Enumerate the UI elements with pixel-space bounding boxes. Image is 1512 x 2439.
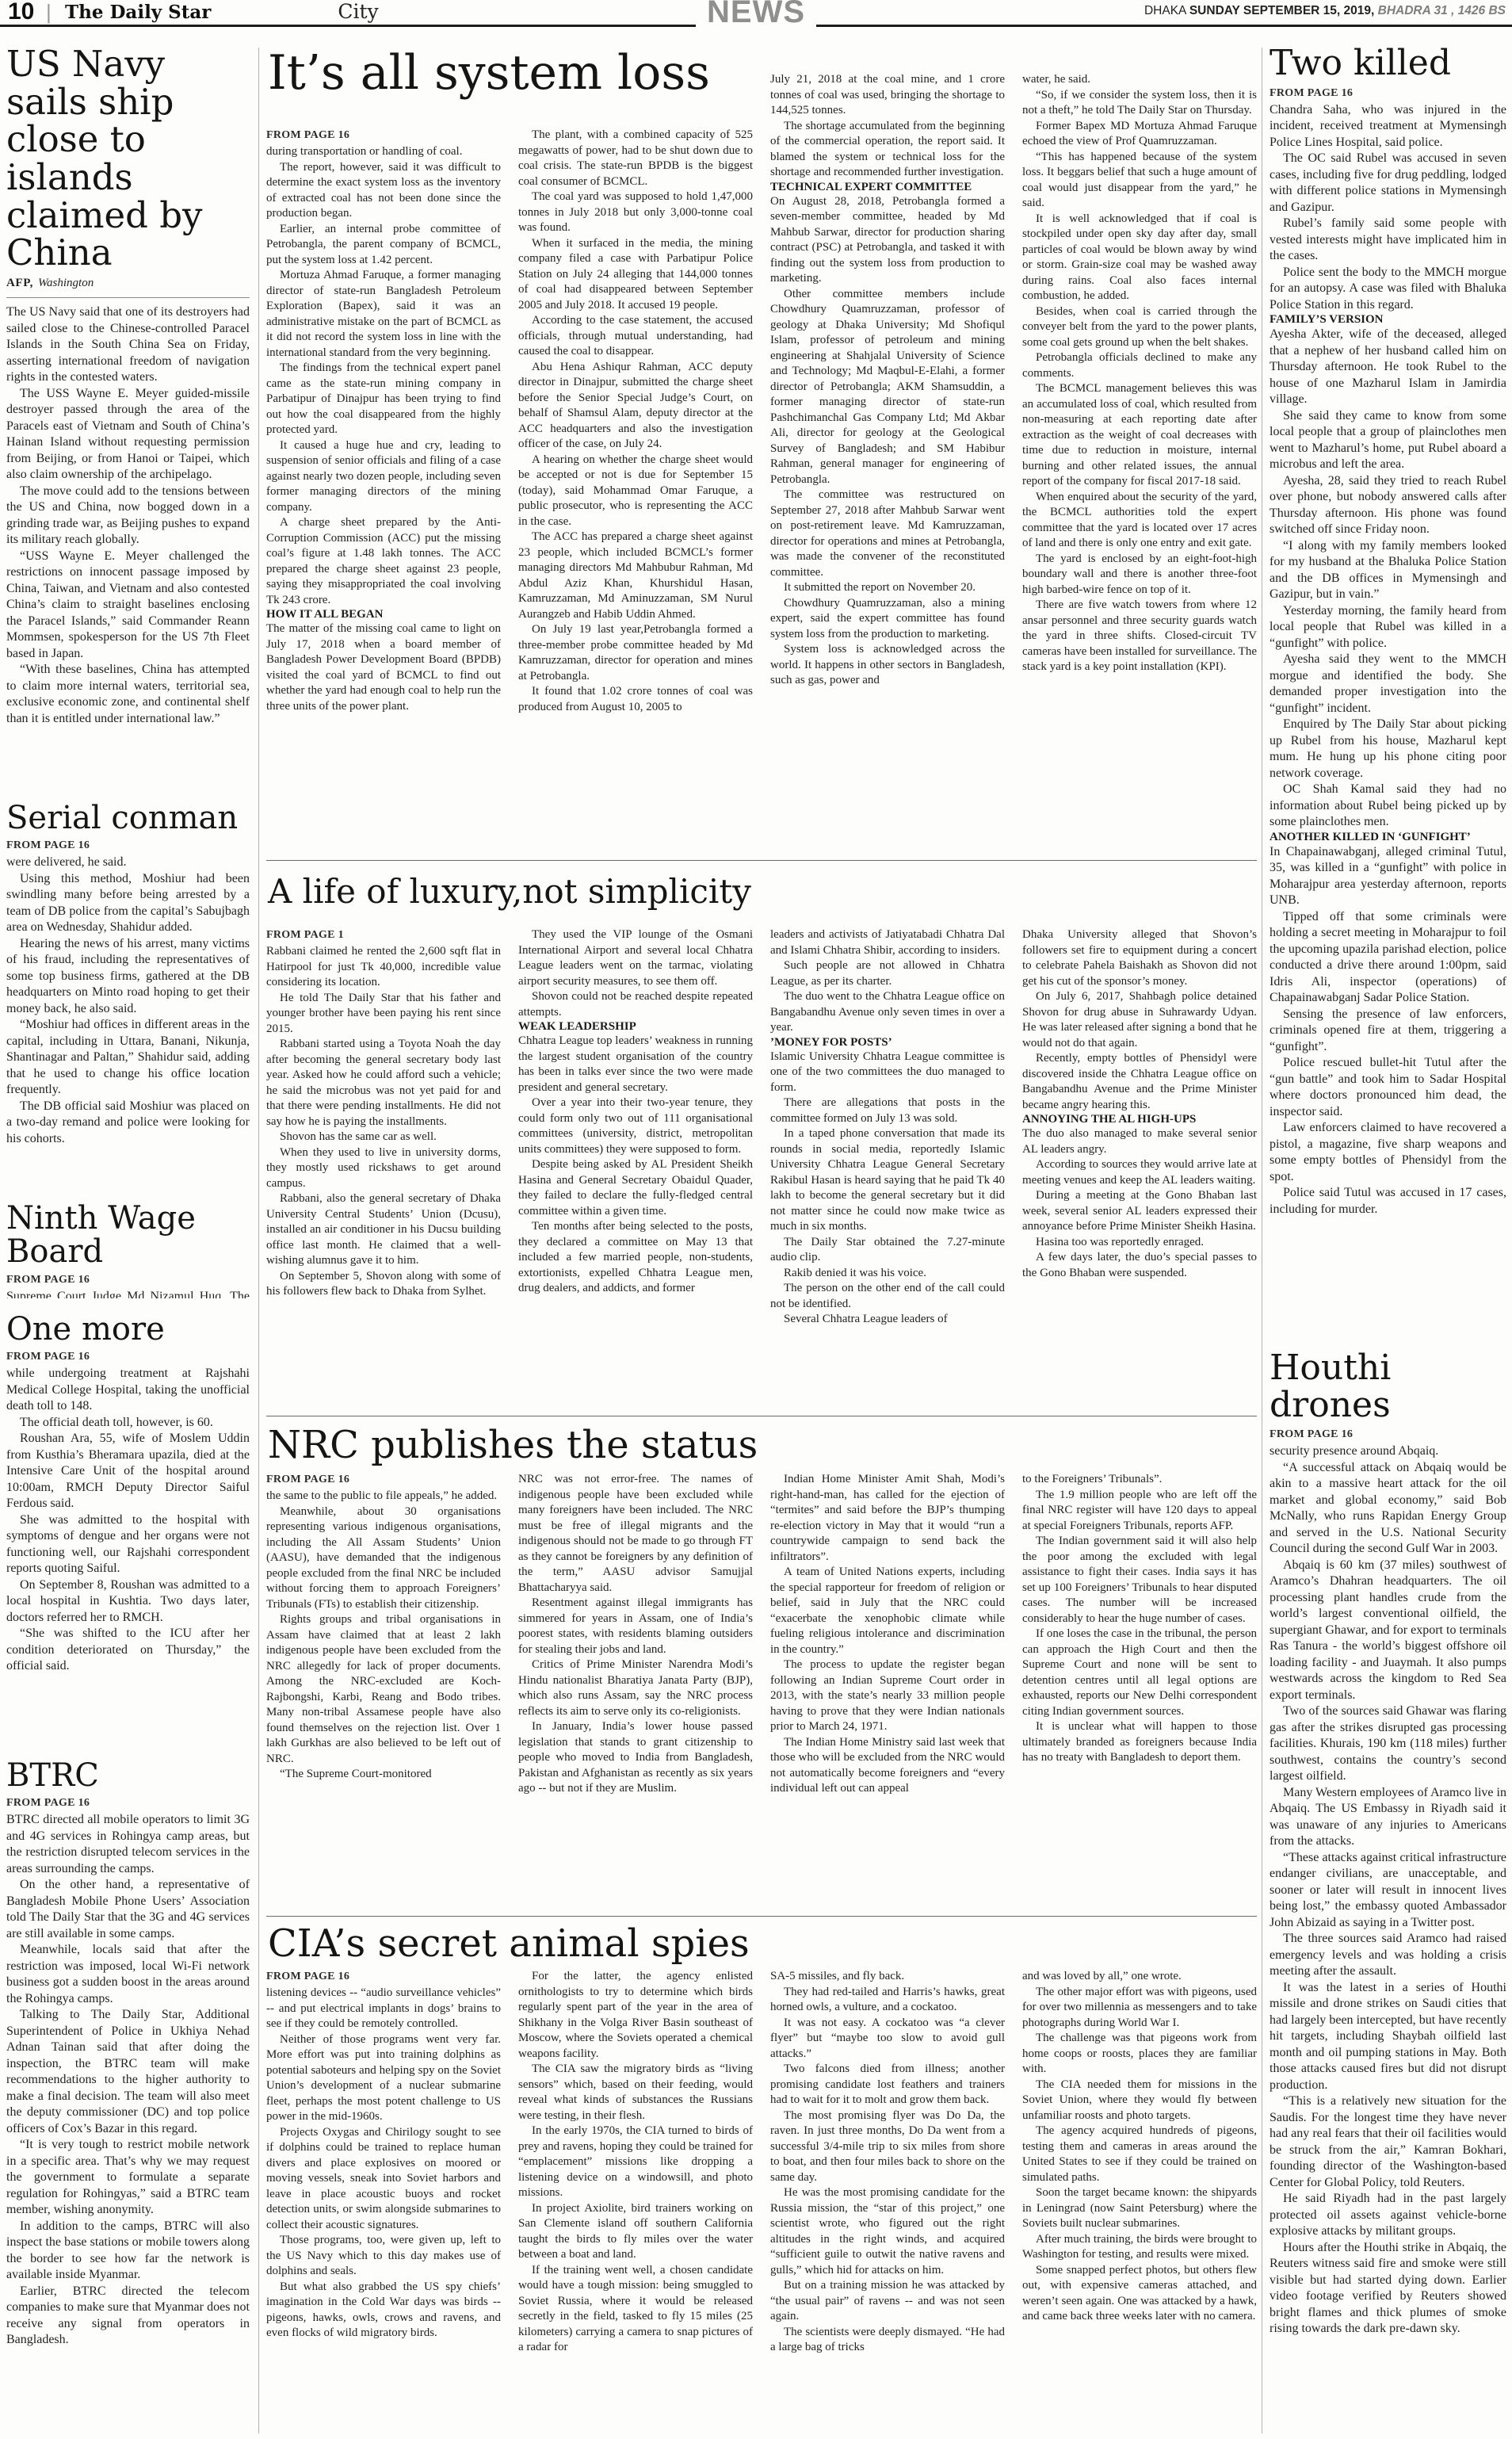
text-column: and was loved by all,” one wrote.The oth…: [1022, 1917, 1257, 2439]
headline: NRC publishes the status: [268, 1423, 758, 1467]
right-column: Two killedFROM PAGE 16Chandra Saha, who …: [1270, 45, 1506, 2431]
paragraph: The other major effort was with pigeons,…: [1022, 1985, 1257, 2032]
paragraph: “I along with my family members looked f…: [1270, 538, 1506, 603]
paragraph: NRC was not error-free. The names of ind…: [518, 1472, 753, 1596]
paragraph: The plant, with a combined capacity of 5…: [518, 128, 753, 189]
left-column: US Navy sails ship close to islands clai…: [6, 45, 250, 2439]
text-column: July 21, 2018 at the coal mine, and 1 cr…: [770, 45, 1005, 860]
paragraph: Sensing the presence of law enforcers, c…: [1270, 1007, 1506, 1056]
paragraph: In project Axiolite, bird trainers worki…: [518, 2201, 753, 2263]
paragraph: Many Western employees of Aramco live in…: [1270, 1785, 1506, 1850]
masthead-logo: The Daily Star: [65, 2, 211, 23]
paragraph: The BCMCL management believes this was a…: [1022, 381, 1257, 490]
paragraph: Rakib denied it was his voice.: [770, 1266, 1005, 1282]
paragraph: System loss is acknowledged across the w…: [770, 642, 1005, 689]
paragraph: There are five watch towers from where 1…: [1022, 598, 1257, 675]
paragraph: Those programs, too, were given up, left…: [266, 2233, 501, 2280]
paragraph: Rights groups and tribal organisations i…: [266, 1612, 501, 1767]
text-column: FROM PAGE 16the same to the public to fi…: [266, 1416, 501, 1916]
text-column: FROM PAGE 1Rabbani claimed he rented the…: [266, 861, 501, 1416]
paragraph: On July 19 last year,Petrobangla formed …: [518, 622, 753, 684]
section-label: City: [338, 0, 378, 23]
column-group: FROM PAGE 16the same to the public to fi…: [266, 1416, 1257, 1916]
column-group: FROM PAGE 16listening devices -- “audio …: [266, 1917, 1257, 2439]
paragraph: “With these baselines, China has attempt…: [6, 662, 250, 727]
paragraph: The scientists were deeply dismayed. “He…: [770, 2325, 1005, 2356]
paragraph: The findings from the technical expert p…: [266, 361, 501, 438]
paragraph: Ayesha said they went to the MMCH morgue…: [1270, 652, 1506, 717]
headline: A life of luxury,not simplicity: [268, 872, 751, 911]
paragraph: When it surfaced in the media, the minin…: [518, 236, 753, 314]
paragraph: Earlier, BTRC directed the telecom compa…: [6, 2284, 250, 2349]
dateline-bangla-date: BHADRA 31 , 1426 BS: [1378, 4, 1506, 17]
paragraph: Supreme Court Judge Md Nizamul Huq. The …: [6, 1289, 250, 1298]
headline: Two killed: [1270, 45, 1506, 82]
paragraph: He was the most promising candidate for …: [770, 2185, 1005, 2278]
paragraph: Enquired by The Daily Star about picking…: [1270, 717, 1506, 782]
paragraph: Rubel’s family said some people with ves…: [1270, 216, 1506, 265]
paragraph: while undergoing treatment at Rajshahi M…: [6, 1366, 250, 1415]
paragraph: “These attacks against critical infrastr…: [1270, 1850, 1506, 1932]
paragraph: But what also grabbed the US spy chiefs’…: [266, 2280, 501, 2342]
paragraph: It was not easy. A cockatoo was “a cleve…: [770, 2016, 1005, 2062]
kicker: FROM PAGE 1: [266, 929, 501, 942]
subheading: ANNOYING THE AL HIGH-UPS: [1022, 1113, 1257, 1126]
paragraph: Rabbani claimed he rented the 2,600 sqft…: [266, 944, 501, 991]
paragraph: OC Shah Kamal said they had no informati…: [1270, 782, 1506, 831]
paragraph: July 21, 2018 at the coal mine, and 1 cr…: [770, 72, 1005, 119]
paragraph: It caused a huge hue and cry, leading to…: [266, 438, 501, 516]
paragraph: According to the case statement, the acc…: [518, 313, 753, 360]
subheading: ’MONEY FOR POSTS’: [770, 1036, 1005, 1049]
text-column: The plant, with a combined capacity of 5…: [518, 45, 753, 860]
article-system-loss: It’s all system lossFROM PAGE 16during t…: [266, 45, 1257, 860]
article-one-more: One moreFROM PAGE 16while undergoing tre…: [6, 1298, 250, 1745]
paragraph: Police rescued bullet-hit Tutul after th…: [1270, 1055, 1506, 1120]
dateline-city: DHAKA: [1144, 4, 1186, 17]
paragraph: She said they came to know from some loc…: [1270, 408, 1506, 473]
paragraph: But on a training mission he was attacke…: [770, 2278, 1005, 2325]
paragraph: water, he said.: [1022, 72, 1257, 88]
text-column: Dhaka University alleged that Shovon’s f…: [1022, 861, 1257, 1416]
paragraph: Shovon has the same car as well.: [266, 1130, 501, 1145]
paragraph: Chandra Saha, who was injured in the inc…: [1270, 102, 1506, 151]
paragraph: “She was shifted to the ICU after her co…: [6, 1626, 250, 1675]
paragraph: Two falcons died from illness; another p…: [770, 2062, 1005, 2108]
paragraph: In the early 1970s, the CIA turned to bi…: [518, 2124, 753, 2201]
article-nrc: NRC publishes the statusFROM PAGE 16the …: [266, 1416, 1257, 1916]
paragraph: Other committee members include Chowdhur…: [770, 287, 1005, 488]
paragraph: The CIA saw the migratory birds as “livi…: [518, 2062, 753, 2124]
paragraph: leaders and activists of Jatiyatabadi Ch…: [770, 927, 1005, 958]
page-number: 10: [8, 0, 34, 25]
article-us-navy: US Navy sails ship close to islands clai…: [6, 45, 250, 787]
paragraph: The committee was restructured on Septem…: [770, 487, 1005, 580]
article-btrc: BTRCFROM PAGE 16BTRC directed all mobile…: [6, 1745, 250, 2439]
paragraph: During a meeting at the Gono Bhaban last…: [1022, 1188, 1257, 1235]
headline: Houthi drones: [1270, 1350, 1506, 1424]
dateline-date: SUNDAY SEPTEMBER 15, 2019,: [1189, 4, 1374, 17]
paragraph: The process to update the register began…: [770, 1657, 1005, 1735]
paragraph: On September 8, Roushan was admitted to …: [6, 1577, 250, 1627]
paragraph: It was the latest in a series of Houthi …: [1270, 1980, 1506, 2094]
paragraph: The OC said Rubel was accused in seven c…: [1270, 151, 1506, 216]
paragraph: “This has happened because of the system…: [1022, 150, 1257, 212]
paragraph: to the Foreigners’ Tribunals”.: [1022, 1472, 1257, 1488]
paragraph: The matter of the missing coal came to l…: [266, 621, 501, 714]
kicker: FROM PAGE 16: [6, 1274, 250, 1286]
paragraph: Critics of Prime Minister Narendra Modi’…: [518, 1657, 753, 1719]
paragraph: After much training, the birds were brou…: [1022, 2232, 1257, 2263]
header-divider: |: [46, 0, 52, 25]
paragraph: Police sent the body to the MMCH morgue …: [1270, 265, 1506, 314]
article-ninth-wage-board: Ninth Wage BoardFROM PAGE 16Supreme Cour…: [6, 1187, 250, 1298]
article-cia: CIA’s secret animal spiesFROM PAGE 16lis…: [266, 1916, 1257, 2439]
paragraph: When they used to live in university dor…: [266, 1145, 501, 1192]
paragraph: Neither of those programs went very far.…: [266, 2032, 501, 2125]
paragraph: Resentment against illegal immigrants ha…: [518, 1596, 753, 1657]
paragraph: Former Bapex MD Mortuza Ahmad Faruque ec…: [1022, 119, 1257, 150]
kicker: FROM PAGE 16: [6, 839, 250, 852]
paragraph: Soon the target became known: the shipya…: [1022, 2185, 1257, 2232]
paragraph: Ayesha, 28, said they tried to reach Rub…: [1270, 473, 1506, 538]
paragraph: It is well acknowledged that if coal is …: [1022, 212, 1257, 304]
paragraph: “The Supreme Court-monitored: [266, 1767, 501, 1783]
page-header: 10 | The Daily Star City NEWS DHAKA SUND…: [0, 0, 1512, 27]
paragraph: Talking to The Daily Star, Additional Su…: [6, 2007, 250, 2137]
headline: It’s all system loss: [268, 45, 710, 101]
paragraph: Dhaka University alleged that Shovon’s f…: [1022, 927, 1257, 989]
article-serial-conman: Serial conmanFROM PAGE 16were delivered,…: [6, 787, 250, 1187]
paragraph: Meanwhile, about 30 organisations repres…: [266, 1504, 501, 1613]
paragraph: “So, if we consider the system loss, the…: [1022, 88, 1257, 119]
paragraph: According to sources they would arrive l…: [1022, 1157, 1257, 1188]
paragraph: A charge sheet prepared by the Anti-Corr…: [266, 515, 501, 608]
paragraph: Hearing the news of his arrest, many vic…: [6, 936, 250, 1018]
paragraph: They had red-tailed and Harris’s hawks, …: [770, 1985, 1005, 2016]
article-houthi-drones: Houthi dronesFROM PAGE 16security presen…: [1270, 1336, 1506, 2431]
paragraph: Mortuza Ahmad Faruque, a former managing…: [266, 268, 501, 361]
kicker: FROM PAGE 16: [6, 1797, 250, 1810]
paragraph: He told The Daily Star that his father a…: [266, 991, 501, 1038]
paragraph: The official death toll, however, is 60.: [6, 1415, 250, 1432]
paragraph: Recently, empty bottles of Phensidyl wer…: [1022, 1051, 1257, 1113]
paragraph: The yard is enclosed by an eight-foot-hi…: [1022, 552, 1257, 598]
article-two-killed: Two killedFROM PAGE 16Chandra Saha, who …: [1270, 45, 1506, 1336]
paragraph: Meanwhile, locals said that after the re…: [6, 1942, 250, 2007]
paragraph: “USS Wayne E. Meyer challenged the restr…: [6, 549, 250, 663]
paragraph: The agency acquired hundreds of pigeons,…: [1022, 2124, 1257, 2185]
subheading: TECHNICAL EXPERT COMMITTEE: [770, 181, 1005, 194]
dateline: DHAKA SUNDAY SEPTEMBER 15, 2019, BHADRA …: [1144, 4, 1506, 18]
paragraph: Projects Oxygas and Chirilogy sought to …: [266, 2125, 501, 2234]
headline: US Navy sails ship close to islands clai…: [6, 45, 250, 272]
paragraph: Law enforcers claimed to have recovered …: [1270, 1120, 1506, 1185]
middle-section: It’s all system lossFROM PAGE 16during t…: [266, 45, 1257, 2439]
text-column: FROM PAGE 16listening devices -- “audio …: [266, 1917, 501, 2439]
paragraph: In Chapainawabganj, alleged criminal Tut…: [1270, 844, 1506, 909]
paragraph: The Daily Star obtained the 7.27-minute …: [770, 1235, 1005, 1266]
paragraph: Several Chhatra League leaders of: [770, 1312, 1005, 1328]
subheading: ANOTHER KILLED IN ‘GUNFIGHT’: [1270, 831, 1506, 844]
paragraph: The ACC has prepared a charge sheet agai…: [518, 529, 753, 622]
paragraph: Abqaiq is 60 km (37 miles) southwest of …: [1270, 1558, 1506, 1704]
paragraph: Police said Tutul was accused in 17 case…: [1270, 1185, 1506, 1218]
paragraph: Such people are not allowed in Chhatra L…: [770, 958, 1005, 989]
paragraph: The move could add to the tensions betwe…: [6, 484, 250, 549]
paragraph: If one loses the case in the tribunal, t…: [1022, 1627, 1257, 1719]
paragraph: the same to the public to file appeals,”…: [266, 1489, 501, 1504]
headline: Ninth Wage Board: [6, 1202, 250, 1269]
paragraph: Ten months after being selected to the p…: [518, 1219, 753, 1297]
paragraph: They used the VIP lounge of the Osmani I…: [518, 927, 753, 989]
paragraph: and was loved by all,” one wrote.: [1022, 1969, 1257, 1985]
text-column: They used the VIP lounge of the Osmani I…: [518, 861, 753, 1416]
paragraph: The duo also managed to make several sen…: [1022, 1126, 1257, 1157]
paragraph: “A successful attack on Abqaiq would be …: [1270, 1460, 1506, 1558]
paragraph: The USS Wayne E. Meyer guided-missile de…: [6, 386, 250, 484]
paragraph: listening devices -- “audio surveillance…: [266, 1986, 501, 2032]
paragraph: were delivered, he said.: [6, 854, 250, 871]
paragraph: Rabbani, also the general secretary of D…: [266, 1191, 501, 1269]
kicker: FROM PAGE 16: [266, 1971, 501, 1983]
headline: Serial conman: [6, 801, 250, 835]
text-column: For the latter, the agency enlisted orni…: [518, 1917, 753, 2439]
newspaper-page: 10 | The Daily Star City NEWS DHAKA SUND…: [0, 0, 1512, 2439]
paragraph: It found that 1.02 crore tonnes of coal …: [518, 684, 753, 715]
text-column: FROM PAGE 16during transportation or han…: [266, 45, 501, 860]
kicker: FROM PAGE 16: [6, 1351, 250, 1363]
paragraph: The challenge was that pigeons work from…: [1022, 2031, 1257, 2078]
byline-place: Washington: [38, 277, 94, 289]
subheading: FAMILY’S VERSION: [1270, 313, 1506, 327]
paragraph: A hearing on whether the charge sheet wo…: [518, 453, 753, 530]
paragraph: The 1.9 million people who are left off …: [1022, 1488, 1257, 1535]
text-column: SA-5 missiles, and fly back.They had red…: [770, 1917, 1005, 2439]
paragraph: There are allegations that posts in the …: [770, 1095, 1005, 1126]
paragraph: He said Riyadh had in the past largely p…: [1270, 2191, 1506, 2240]
text-column: water, he said.“So, if we consider the s…: [1022, 45, 1257, 860]
paragraph: On August 28, 2018, Petrobangla formed a…: [770, 194, 1005, 287]
paragraph: Indian Home Minister Amit Shah, Modi’s r…: [770, 1472, 1005, 1565]
paragraph: In addition to the camps, BTRC will also…: [6, 2219, 250, 2284]
paragraph: Abu Hena Ashiqur Rahman, ACC deputy dire…: [518, 360, 753, 453]
paragraph: A few days later, the duo’s special pass…: [1022, 1250, 1257, 1281]
paragraph: On September 5, Shovon along with some o…: [266, 1269, 501, 1300]
article-luxury: A life of luxury,not simplicityFROM PAGE…: [266, 860, 1257, 1416]
kicker: FROM PAGE 16: [1270, 1428, 1506, 1441]
paragraph: Chowdhury Quamruzzaman, also a mining ex…: [770, 596, 1005, 643]
paragraph: The shortage accumulated from the beginn…: [770, 119, 1005, 181]
paragraph: The coal yard was supposed to hold 1,47,…: [518, 189, 753, 236]
paragraph: The report, however, said it was difficu…: [266, 160, 501, 222]
paragraph: The Indian government said it will also …: [1022, 1534, 1257, 1627]
paragraph: Islamic University Chhatra League commit…: [770, 1049, 1005, 1096]
paragraph: Some snapped perfect photos, but others …: [1022, 2263, 1257, 2325]
paragraph: Earlier, an internal probe committee of …: [266, 222, 501, 269]
paragraph: Hasina too was reportedly enraged.: [1022, 1235, 1257, 1251]
kicker: FROM PAGE 16: [1270, 87, 1506, 100]
column-rule-right: [1262, 48, 1262, 2433]
paragraph: Shovon could not be reached despite repe…: [518, 989, 753, 1020]
paragraph: If the training went well, a chosen cand…: [518, 2263, 753, 2356]
paragraph: The duo went to the Chhatra League offic…: [770, 989, 1005, 1036]
paragraph: The person on the other end of the call …: [770, 1281, 1005, 1312]
paragraph: The CIA needed them for missions in the …: [1022, 2078, 1257, 2124]
text-column: leaders and activists of Jatiyatabadi Ch…: [770, 861, 1005, 1416]
paragraph: Petrobangla officials declined to make a…: [1022, 350, 1257, 381]
subheading: HOW IT ALL BEGAN: [266, 608, 501, 621]
paragraph: The DB official said Moshiur was placed …: [6, 1099, 250, 1148]
paragraph: For the latter, the agency enlisted orni…: [518, 1969, 753, 2062]
paragraph: Rabbani started using a Toyota Noah the …: [266, 1037, 501, 1130]
paragraph: BTRC directed all mobile operators to li…: [6, 1812, 250, 1877]
paragraph: Using this method, Moshiur had been swin…: [6, 871, 250, 936]
paragraph: Besides, when coal is carried through th…: [1022, 304, 1257, 351]
byline-agency: AFP,: [6, 277, 33, 289]
paragraph: Hours after the Houthi strike in Abqaiq,…: [1270, 2240, 1506, 2338]
paragraph: security presence around Abqaiq.: [1270, 1443, 1506, 1460]
paragraph: The three sources said Aramco had raised…: [1270, 1931, 1506, 1980]
kicker: FROM PAGE 16: [266, 1474, 501, 1486]
paragraph: Over a year into their two-year tenure, …: [518, 1095, 753, 1157]
paragraph: It is unclear what will happen to those …: [1022, 1719, 1257, 1766]
paragraph: In a taped phone conversation that made …: [770, 1126, 1005, 1235]
column-rule-left: [258, 48, 259, 2433]
paragraph: “Moshiur had offices in different areas …: [6, 1017, 250, 1099]
paragraph: She was admitted to the hospital with sy…: [6, 1512, 250, 1577]
paragraph: On July 6, 2017, Shahbagh police detaine…: [1022, 989, 1257, 1051]
paragraph: Yesterday morning, the family heard from…: [1270, 603, 1506, 652]
paragraph: The US Navy said that one of its destroy…: [6, 304, 250, 386]
paragraph: Ayesha Akter, wife of the deceased, alle…: [1270, 327, 1506, 408]
text-column: NRC was not error-free. The names of ind…: [518, 1416, 753, 1916]
paragraph: Despite being asked by AL President Shei…: [518, 1157, 753, 1219]
headline: CIA’s secret animal spies: [268, 1921, 750, 1966]
paragraph: SA-5 missiles, and fly back.: [770, 1969, 1005, 1985]
paragraph: Roushan Ara, 55, wife of Moslem Uddin fr…: [6, 1431, 250, 1512]
paragraph: A team of United Nations experts, includ…: [770, 1565, 1005, 1657]
headline: One more: [6, 1313, 250, 1346]
paragraph: The most promising flyer was Do Da, the …: [770, 2108, 1005, 2186]
headline: BTRC: [6, 1759, 250, 1792]
byline: AFP,Washington: [6, 277, 250, 298]
paragraph: When enquired about the security of the …: [1022, 490, 1257, 552]
paragraph: “This is a relatively new situation for …: [1270, 2093, 1506, 2191]
subheading: WEAK LEADERSHIP: [518, 1020, 753, 1034]
paragraph: In January, India’s lower house passed l…: [518, 1719, 753, 1797]
paragraph: The Indian Home Ministry said last week …: [770, 1735, 1005, 1797]
paragraph: On the other hand, a representative of B…: [6, 1877, 250, 1942]
text-column: Indian Home Minister Amit Shah, Modi’s r…: [770, 1416, 1005, 1916]
paragraph: It submitted the report on November 20.: [770, 580, 1005, 596]
news-section-label: NEWS: [696, 0, 816, 27]
column-group: FROM PAGE 16during transportation or han…: [266, 45, 1257, 860]
paragraph: during transportation or handling of coa…: [266, 144, 501, 160]
kicker: FROM PAGE 16: [266, 129, 501, 142]
column-group: FROM PAGE 1Rabbani claimed he rented the…: [266, 861, 1257, 1416]
paragraph: Chhatra League top leaders’ weakness in …: [518, 1034, 753, 1095]
paragraph: Tipped off that some criminals were hold…: [1270, 909, 1506, 1007]
paragraph: “It is very tough to restrict mobile net…: [6, 2137, 250, 2219]
text-column: to the Foreigners’ Tribunals”.The 1.9 mi…: [1022, 1416, 1257, 1916]
paragraph: Two of the sources said Ghawar was flari…: [1270, 1703, 1506, 1785]
